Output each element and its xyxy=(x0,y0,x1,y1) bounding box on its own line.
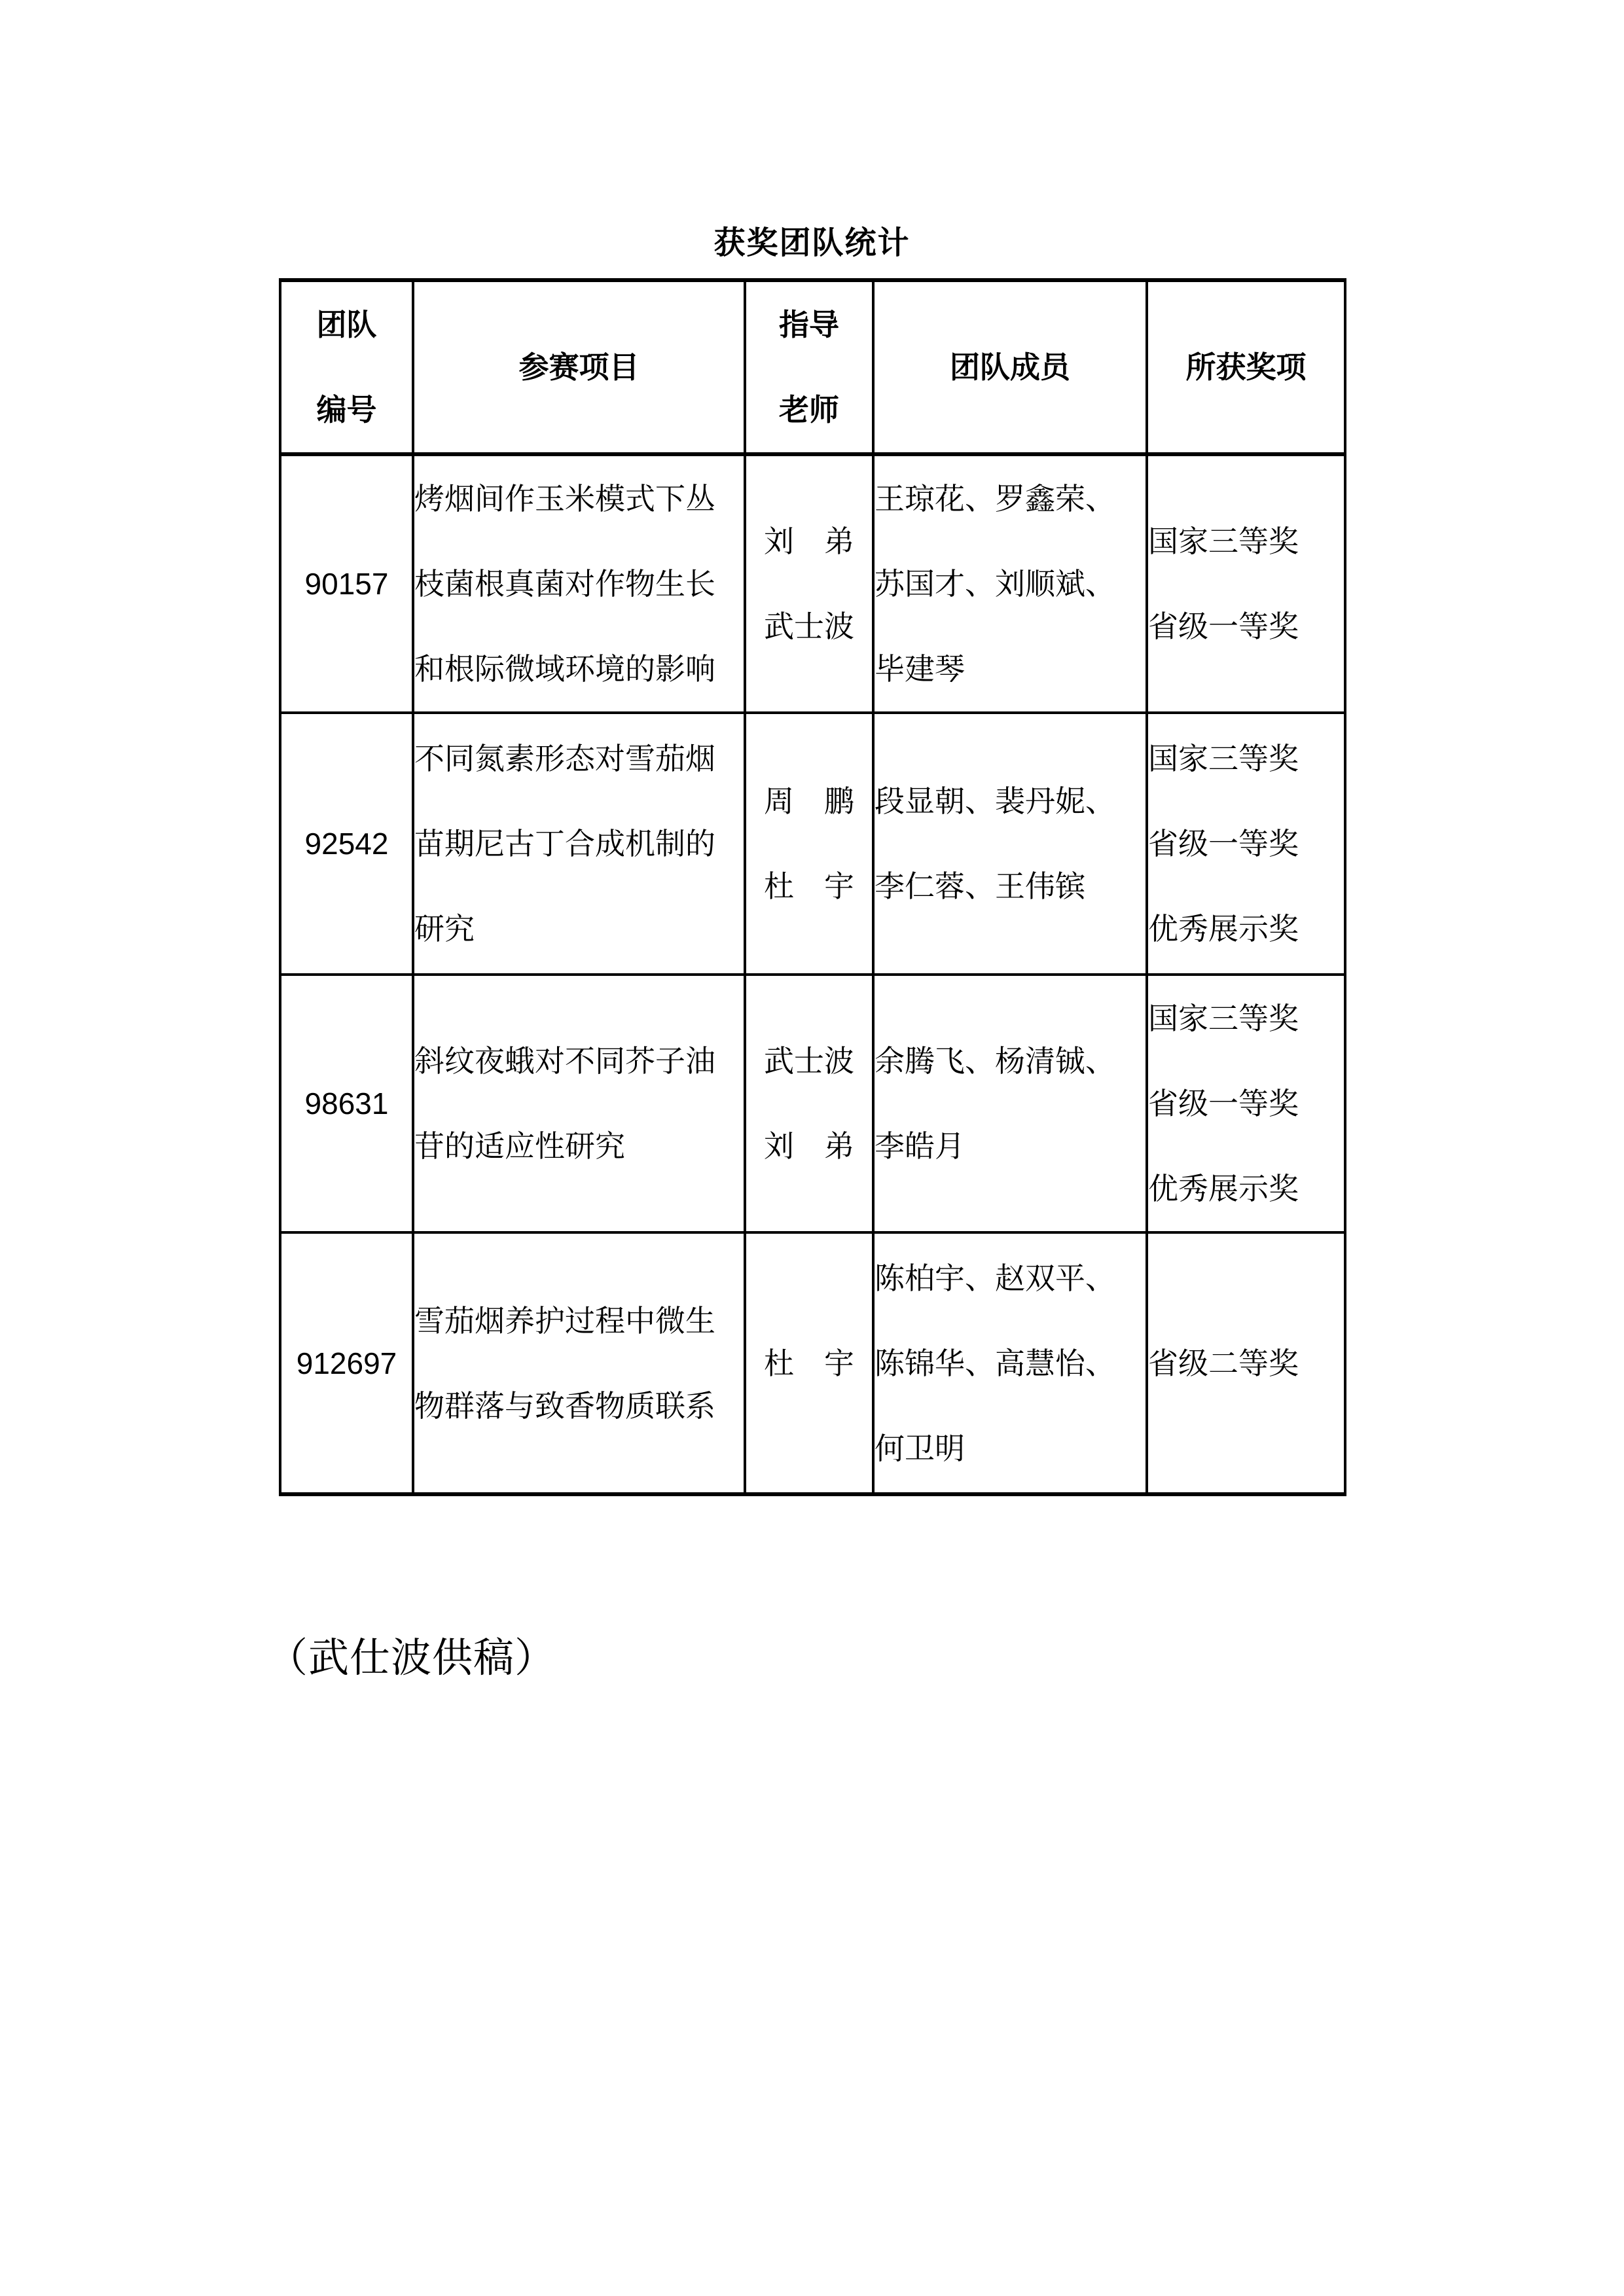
text-line: 段显朝、裴丹妮、 xyxy=(875,759,1146,844)
text-line: 李仁蓉、王伟镔 xyxy=(875,844,1146,929)
cell-advisor: 刘 弟武士波 xyxy=(745,454,873,713)
cell-awards: 国家三等奖省级一等奖优秀展示奖 xyxy=(1147,713,1345,975)
cell-project: 斜纹夜蛾对不同芥子油苷的适应性研究 xyxy=(413,975,745,1232)
text-line: 斜纹夜蛾对不同芥子油 xyxy=(414,1018,744,1103)
text-line: 周 鹏 xyxy=(746,759,872,844)
header-awards-label: 所获奖项 xyxy=(1148,325,1344,410)
text-line: 刘 弟 xyxy=(746,499,872,584)
text-line: 优秀展示奖 xyxy=(1148,1146,1344,1231)
cell-team-id: 98631 xyxy=(280,975,413,1232)
cell-members: 余腾飞、杨清铖、李皓月 xyxy=(873,975,1147,1232)
text-line: 省级一等奖 xyxy=(1148,801,1344,886)
awards-table: 团队编号 参赛项目 指导老师 团队成员 所获奖项 90157 烤烟间作玉米模式下… xyxy=(279,278,1346,1496)
cell-awards: 国家三等奖省级一等奖 xyxy=(1147,454,1345,713)
table-row: 90157 烤烟间作玉米模式下丛枝菌根真菌对作物生长和根际微域环境的影响 刘 弟… xyxy=(280,454,1345,713)
text-line: 枝菌根真菌对作物生长 xyxy=(414,541,744,626)
cell-team-id: 90157 xyxy=(280,454,413,713)
cell-project: 雪茄烟养护过程中微生物群落与致香物质联系 xyxy=(413,1232,745,1494)
text-line: 苷的适应性研究 xyxy=(414,1103,744,1189)
text-line: 雪茄烟养护过程中微生 xyxy=(414,1278,744,1363)
text-line: 王琼花、罗鑫荣、 xyxy=(875,456,1146,541)
table-row: 98631 斜纹夜蛾对不同芥子油苷的适应性研究 武士波刘 弟 余腾飞、杨清铖、李… xyxy=(280,975,1345,1232)
text-line: 杜 宇 xyxy=(746,1321,872,1406)
text-line: 苗期尼古丁合成机制的 xyxy=(414,801,744,886)
text-line: 国家三等奖 xyxy=(1148,976,1344,1061)
text-line: 武士波 xyxy=(746,584,872,669)
table-row: 912697 雪茄烟养护过程中微生物群落与致香物质联系 杜 宇 陈柏宇、赵双平、… xyxy=(280,1232,1345,1494)
cell-awards: 省级二等奖 xyxy=(1147,1232,1345,1494)
page-title: 获奖团队统计 xyxy=(0,220,1624,267)
text-line: 省级一等奖 xyxy=(1148,584,1344,669)
header-project-label: 参赛项目 xyxy=(414,325,744,410)
text-line: 何卫明 xyxy=(875,1406,1146,1491)
text-line: 研究 xyxy=(414,886,744,971)
document-page: { "page": { "title": "获奖团队统计", "footer_n… xyxy=(0,0,1624,2296)
text-line: 和根际微域环境的影响 xyxy=(414,626,744,711)
cell-team-id: 92542 xyxy=(280,713,413,975)
text-line: 杜 宇 xyxy=(746,844,872,929)
text-line: 团队 xyxy=(281,282,412,367)
text-line: 国家三等奖 xyxy=(1148,499,1344,584)
cell-awards: 国家三等奖省级一等奖优秀展示奖 xyxy=(1147,975,1345,1232)
contributor-note: （武仕波供稿） xyxy=(267,1630,556,1687)
text-line: 苏国才、刘顺斌、 xyxy=(875,541,1146,626)
cell-team-id: 912697 xyxy=(280,1232,413,1494)
cell-advisor: 武士波刘 弟 xyxy=(745,975,873,1232)
cell-advisor: 周 鹏杜 宇 xyxy=(745,713,873,975)
text-line: 烤烟间作玉米模式下丛 xyxy=(414,456,744,541)
text-line: 省级一等奖 xyxy=(1148,1061,1344,1146)
text-line: 优秀展示奖 xyxy=(1148,886,1344,971)
text-line: 国家三等奖 xyxy=(1148,716,1344,801)
text-line: 不同氮素形态对雪茄烟 xyxy=(414,716,744,801)
text-line: 刘 弟 xyxy=(746,1103,872,1189)
header-project: 参赛项目 xyxy=(413,280,745,454)
text-line: 老师 xyxy=(746,367,872,452)
text-line: 李皓月 xyxy=(875,1103,1146,1189)
header-team-id: 团队编号 xyxy=(280,280,413,454)
header-advisor: 指导老师 xyxy=(745,280,873,454)
table-header-row: 团队编号 参赛项目 指导老师 团队成员 所获奖项 xyxy=(280,280,1345,454)
cell-members: 王琼花、罗鑫荣、苏国才、刘顺斌、毕建琴 xyxy=(873,454,1147,713)
header-members-label: 团队成员 xyxy=(875,325,1146,410)
cell-members: 段显朝、裴丹妮、李仁蓉、王伟镔 xyxy=(873,713,1147,975)
text-line: 省级二等奖 xyxy=(1148,1321,1344,1406)
text-line: 武士波 xyxy=(746,1018,872,1103)
header-awards: 所获奖项 xyxy=(1147,280,1345,454)
cell-project: 不同氮素形态对雪茄烟苗期尼古丁合成机制的研究 xyxy=(413,713,745,975)
header-members: 团队成员 xyxy=(873,280,1147,454)
text-line: 物群落与致香物质联系 xyxy=(414,1363,744,1448)
text-line: 编号 xyxy=(281,367,412,452)
text-line: 余腾飞、杨清铖、 xyxy=(875,1018,1146,1103)
cell-advisor: 杜 宇 xyxy=(745,1232,873,1494)
text-line: 毕建琴 xyxy=(875,626,1146,711)
cell-members: 陈柏宇、赵双平、陈锦华、高慧怡、何卫明 xyxy=(873,1232,1147,1494)
cell-project: 烤烟间作玉米模式下丛枝菌根真菌对作物生长和根际微域环境的影响 xyxy=(413,454,745,713)
text-line: 陈锦华、高慧怡、 xyxy=(875,1321,1146,1406)
table-row: 92542 不同氮素形态对雪茄烟苗期尼古丁合成机制的研究 周 鹏杜 宇 段显朝、… xyxy=(280,713,1345,975)
text-line: 陈柏宇、赵双平、 xyxy=(875,1236,1146,1321)
text-line: 指导 xyxy=(746,282,872,367)
